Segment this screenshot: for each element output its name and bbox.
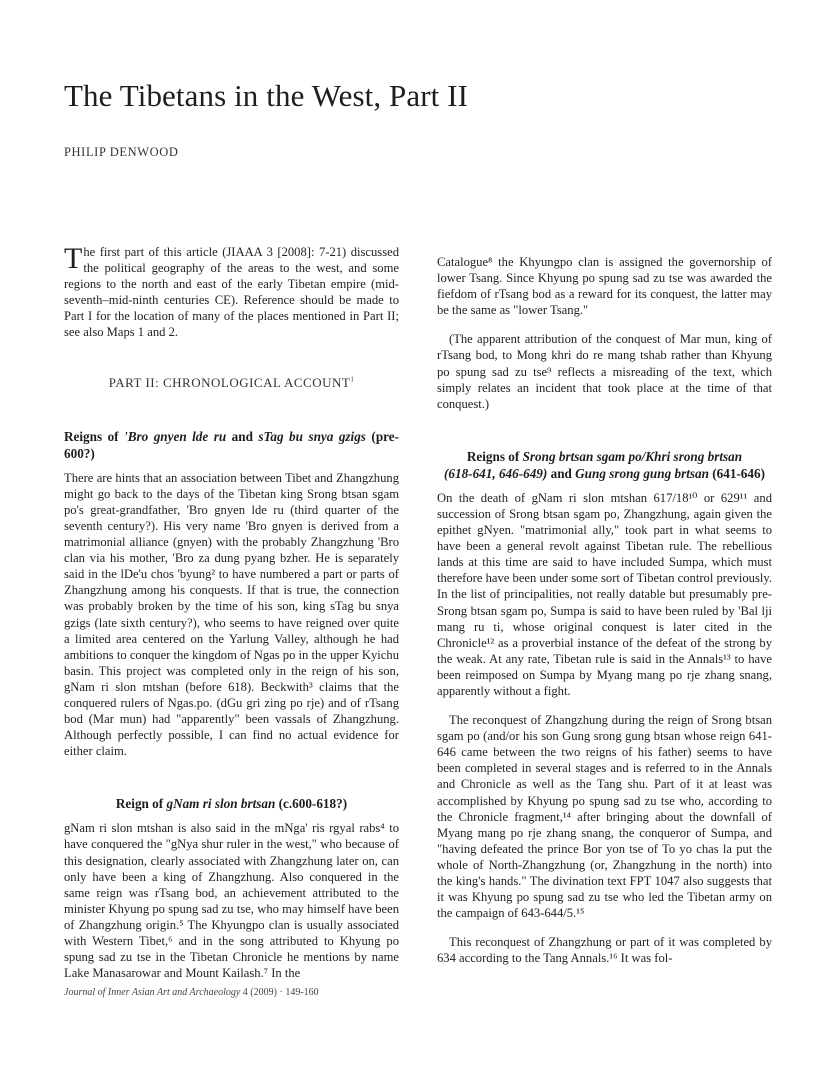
right-column: Catalogue⁸ the Khyungpo clan is assigned…	[437, 254, 772, 966]
volume-year: 4 (2009)	[240, 987, 277, 998]
journal-name: Journal of Inner Asian Art and Archaeolo…	[64, 987, 240, 998]
intro-paragraph: The first part of this article (JIAAA 3 …	[64, 244, 399, 341]
intro-text: he first part of this article (JIAAA 3 […	[64, 245, 399, 339]
body-paragraph: The reconquest of Zhangzhung during the …	[437, 712, 772, 921]
body-paragraph: There are hints that an association betw…	[64, 470, 399, 760]
left-column: The first part of this article (JIAAA 3 …	[64, 244, 399, 981]
subheading-reign-gnam-ri: Reign of gNam ri slon brtsan (c.600-618?…	[64, 795, 399, 812]
section-heading: PART II: CHRONOLOGICAL ACCOUNT1	[64, 375, 399, 391]
body-paragraph: This reconquest of Zhangzhung or part of…	[437, 934, 772, 966]
page-range: 149-160	[285, 987, 318, 998]
footnote-ref[interactable]: 1	[350, 375, 354, 383]
subheading-reigns-bro-gnyen: Reigns of 'Bro gnyen lde ru and sTag bu …	[64, 428, 399, 462]
body-paragraph: On the death of gNam ri slon mtshan 617/…	[437, 490, 772, 699]
subheading-reigns-srong-brtsan: Reigns of Srong brtsan sgam po/Khri sron…	[437, 448, 772, 482]
drop-cap: T	[64, 247, 82, 271]
body-paragraph: (The apparent attribution of the conques…	[437, 331, 772, 411]
journal-footer: Journal of Inner Asian Art and Archaeolo…	[64, 987, 319, 998]
body-paragraph: Catalogue⁸ the Khyungpo clan is assigned…	[437, 254, 772, 318]
article-title: The Tibetans in the West, Part II	[64, 78, 468, 114]
body-paragraph: gNam ri slon mtshan is also said in the …	[64, 820, 399, 981]
author-name: PHILIP DENWOOD	[64, 145, 179, 160]
